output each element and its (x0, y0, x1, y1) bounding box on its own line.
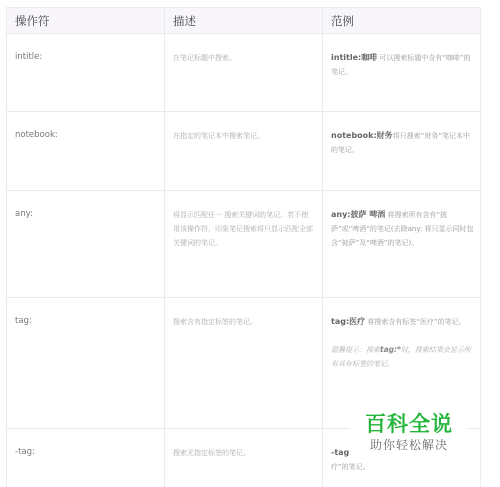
example-keyword: notebook:财务 (331, 131, 393, 140)
operator-cell: any: (7, 191, 165, 297)
description-cell: 在指定的笔记本中搜索笔记。 (165, 112, 323, 190)
header-operator: 操作符 (7, 8, 165, 34)
example-cell: any:披萨 啤酒 将搜索所有含有“披萨”或“啤酒”的笔记(去除any: 将只显… (323, 191, 482, 297)
description-cell: 将显示匹配任一 搜索关键词的笔记。若不使用该操作符，印象笔记搜索将只显示匹配全部… (165, 191, 323, 297)
description-cell: 在笔记标题中搜索。 (165, 34, 323, 111)
watermark-title: 百科全说 (350, 410, 468, 437)
example-cell: tag:医疗 将搜索含有标签“医疗”的笔记。 温馨提示：搜索tag:*时，搜索结… (323, 298, 482, 428)
description-cell: 搜索含有指定标签的笔记。 (165, 298, 323, 428)
tip-note: 温馨提示：搜索tag:*时，搜索结果会显示所有具有标签的笔记。 (331, 343, 474, 371)
table-row: any: 将显示匹配任一 搜索关键词的笔记。若不使用该操作符，印象笔记搜索将只显… (7, 191, 480, 298)
tip-prefix: 温馨提示：搜索 (331, 346, 380, 354)
table-row: intitle: 在笔记标题中搜索。 intitle:咖啡 可以搜索标题中含有“… (7, 34, 480, 112)
example-cell: intitle:咖啡 可以搜索标题中含有“咖啡”的笔记。 (323, 34, 482, 111)
page: 操作符 描述 范例 intitle: 在笔记标题中搜索。 intitle:咖啡 … (0, 0, 500, 487)
operator-cell: intitle: (7, 34, 165, 111)
example-keyword: intitle:咖啡 (331, 53, 377, 62)
example-cell: notebook:财务将只搜索“财务”笔记本中的笔记。 (323, 112, 482, 190)
watermark: 百科全说 助你轻松解决 (350, 410, 468, 462)
table-header-row: 操作符 描述 范例 (7, 8, 480, 34)
header-example: 范例 (323, 8, 482, 34)
header-description: 描述 (165, 8, 323, 34)
table-row: notebook: 在指定的笔记本中搜索笔记。 notebook:财务将只搜索“… (7, 112, 480, 191)
example-text: 疗”的笔记。 (331, 463, 370, 471)
description-cell: 搜索无指定标签的笔记。 (165, 429, 323, 487)
tip-keyword: tag:* (380, 345, 401, 354)
example-keyword: tag:医疗 (331, 317, 365, 326)
operator-cell: notebook: (7, 112, 165, 190)
example-text: 将搜索含有标签“医疗”的笔记。 (365, 318, 465, 326)
watermark-subtitle: 助你轻松解决 (350, 437, 468, 453)
example-keyword: any:披萨 啤酒 (331, 210, 385, 219)
operator-cell: -tag: (7, 429, 165, 487)
operator-cell: tag: (7, 298, 165, 428)
